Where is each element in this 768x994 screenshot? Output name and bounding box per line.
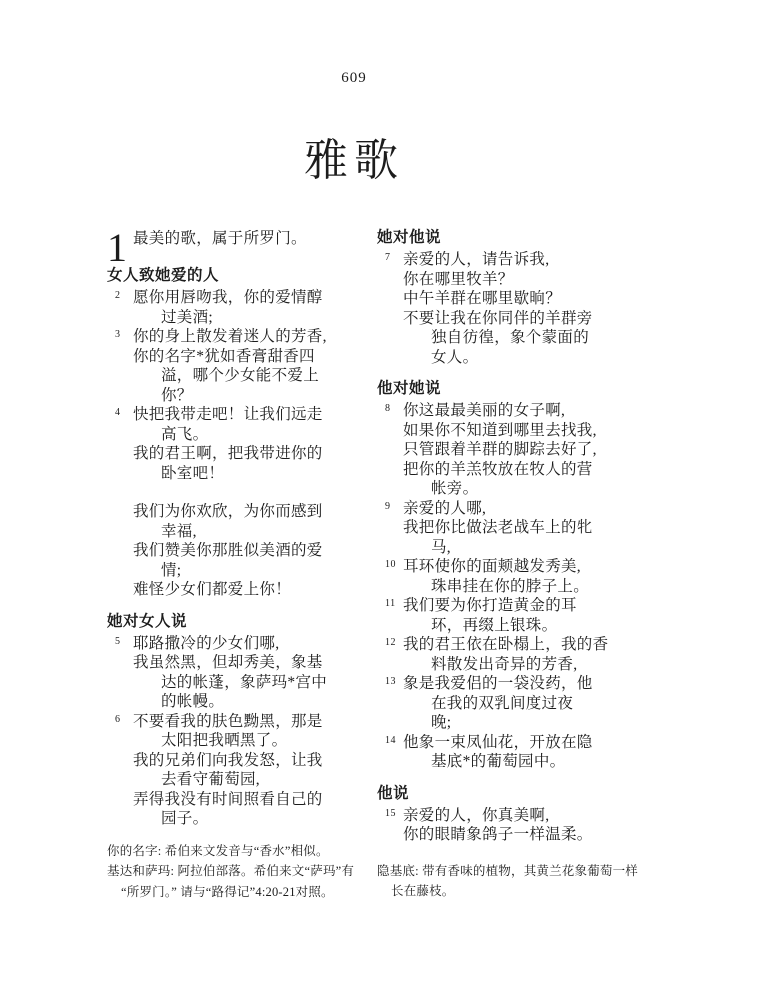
verse-line: 我的君王啊，把我带进你的 [107,444,347,464]
column-blocks: 1最美的歌，属于所罗门。女人致她爱的人2愿你用唇吻我，你的爱情醇过美酒;3你的身… [107,228,347,829]
verse-line: 中午羊群在哪里歇晌？ [377,289,601,309]
section-heading: 她对他说 [377,228,601,248]
column-left: 1最美的歌，属于所罗门。女人致她爱的人2愿你用唇吻我，你的爱情醇过美酒;3你的身… [107,228,347,902]
verse: 2愿你用唇吻我，你的爱情醇过美酒; [107,288,347,327]
verse-line: 帐旁。 [377,479,601,499]
verse-line: 晚; [377,713,601,733]
verse-number: 8 [385,403,391,415]
section-heading: 他对她说 [377,379,601,399]
verse-line: 亲爱的人，请告诉我, [377,250,601,270]
verse-number: 14 [385,735,396,747]
verse-number: 4 [115,407,121,419]
verse-number: 2 [115,290,121,302]
bible-page: 609 雅歌 1最美的歌，属于所罗门。女人致她爱的人2愿你用唇吻我，你的爱情醇过… [0,0,768,994]
verse-line: 环，再缀上银珠。 [377,616,601,636]
verse-line: 耳环使你的面颊越发秀美, [377,557,601,577]
verse: 3你的身上散发着迷人的芳香,你的名字*犹如香膏甜香四溢，哪个少女能不爱上你？ [107,327,347,405]
verse-number: 12 [385,637,396,649]
verse-line: 我的君王依在卧榻上，我的香 [377,635,601,655]
verse-number: 11 [385,598,396,610]
footnote-line: 隐基底: 带有香味的植物，其黄兰花象葡萄一样 [377,861,601,882]
verse: 6不要看我的肤色黝黑，那是太阳把我晒黑了。我的兄弟们向我发怒，让我去看守葡萄园,… [107,712,347,829]
column-blocks: 她对他说7亲爱的人，请告诉我,你在哪里牧羊？中午羊群在哪里歇晌？不要让我在你同伴… [377,228,601,845]
verse: 9亲爱的人哪,我把你比做法老战车上的牝马, [377,499,601,558]
verse: 4快把我带走吧！让我们远走高飞。我的君王啊，把我带进你的卧室吧！ [107,405,347,483]
verse-number: 15 [385,808,396,820]
verse-line: 女人。 [377,348,601,368]
verse-number: 7 [385,252,391,264]
verse-line: 不要让我在你同伴的羊群旁 [377,309,601,329]
verse-line: 弄得我没有时间照看自己的 [107,790,347,810]
verse-line: 幸福, [107,522,347,542]
verse-line: 他象一束凤仙花，开放在隐 [377,733,601,753]
text-columns: 1最美的歌，属于所罗门。女人致她爱的人2愿你用唇吻我，你的爱情醇过美酒;3你的身… [107,228,601,902]
verse: 15亲爱的人，你真美啊,你的眼睛象鸽子一样温柔。 [377,806,601,845]
section-heading: 他说 [377,784,601,804]
verse: 12我的君王依在卧榻上，我的香料散发出奇异的芳香, [377,635,601,674]
verse-line: 亲爱的人哪, [377,499,601,519]
verse-line: 你的名字*犹如香膏甜香四 [107,347,347,367]
footnote: 你的名字: 希伯来文发音与“香水”相似。 [107,841,347,862]
verse-number: 9 [385,501,391,513]
verse-line: 你的身上散发着迷人的芳香, [107,327,347,347]
verse: 我们为你欢欣，为你而感到幸福,我们赞美你那胜似美酒的爱情;难怪少女们都爱上你！ [107,502,347,600]
verse-line: 的帐幔。 [107,692,347,712]
footnote-line: “所罗门。” 请与“路得记”4:20-21对照。 [107,882,347,903]
verse-line: 我的兄弟们向我发怒，让我 [107,751,347,771]
verse-number: 3 [115,329,121,341]
chapter-number: 1 [107,228,127,268]
verse: 5耶路撒冷的少女们哪,我虽然黑，但却秀美，象基达的帐蓬，象萨玛*宫中的帐幔。 [107,634,347,712]
verse-line: 溢，哪个少女能不爱上 [107,366,347,386]
verse-line: 我们要为你打造黄金的耳 [377,596,601,616]
chapter-opening-text: 最美的歌，属于所罗门。 [107,228,347,249]
verse-line: 快把我带走吧！让我们远走 [107,405,347,425]
verse-line: 耶路撒冷的少女们哪, [107,634,347,654]
verse-line: 卧室吧！ [107,464,347,484]
verse: 8你这最最美丽的女子啊,如果你不知道到哪里去找我,只管跟着羊群的脚踪去好了,把你… [377,401,601,499]
verse-line: 愿你用唇吻我，你的爱情醇 [107,288,347,308]
verse: 7亲爱的人，请告诉我,你在哪里牧羊？中午羊群在哪里歇晌？不要让我在你同伴的羊群旁… [377,250,601,367]
verse-line: 独自彷徨，象个蒙面的 [377,328,601,348]
stanza-spacer [107,483,347,502]
verse-line: 高飞。 [107,425,347,445]
verse-line: 把你的羊羔牧放在牧人的营 [377,460,601,480]
verse-line: 马, [377,538,601,558]
footnote-line: 你的名字: 希伯来文发音与“香水”相似。 [107,841,347,862]
verse-number: 13 [385,676,396,688]
verse-line: 园子。 [107,809,347,829]
verse-line: 你在哪里牧羊？ [377,270,601,290]
verse-line: 我们为你欢欣，为你而感到 [107,502,347,522]
verse-line: 你这最最美丽的女子啊, [377,401,601,421]
verse: 11我们要为你打造黄金的耳环，再缀上银珠。 [377,596,601,635]
verse-line: 珠串挂在你的脖子上。 [377,577,601,597]
verse: 14他象一束凤仙花，开放在隐基底*的葡萄园中。 [377,733,601,772]
verse-line: 亲爱的人，你真美啊, [377,806,601,826]
verse-line: 难怪少女们都爱上你！ [107,580,347,600]
column-footnotes: 你的名字: 希伯来文发音与“香水”相似。基达和萨玛: 阿拉伯部落。希伯来文“萨玛… [107,841,347,903]
verse-line: 不要看我的肤色黝黑，那是 [107,712,347,732]
verse-line: 我们赞美你那胜似美酒的爱 [107,541,347,561]
verse: 13象是我爱侣的一袋没药，他在我的双乳间度过夜晚; [377,674,601,733]
footnote-line: 基达和萨玛: 阿拉伯部落。希伯来文“萨玛”有 [107,861,347,882]
verse-line: 我虽然黑，但却秀美，象基 [107,653,347,673]
column-right: 她对他说7亲爱的人，请告诉我,你在哪里牧羊？中午羊群在哪里歇晌？不要让我在你同伴… [377,228,601,902]
book-title: 雅歌 [107,138,601,184]
verse-number: 10 [385,559,396,571]
verse-line: 象是我爱侣的一袋没药，他 [377,674,601,694]
verse-line: 你的眼睛象鸽子一样温柔。 [377,825,601,845]
chapter-opening: 1最美的歌，属于所罗门。 [107,228,347,266]
page-content: 609 雅歌 1最美的歌，属于所罗门。女人致她爱的人2愿你用唇吻我，你的爱情醇过… [107,0,601,902]
verse-number: 6 [115,714,121,726]
footnote-line: 长在藤枝。 [377,881,601,902]
verse-line: 过美酒; [107,308,347,328]
verse-line: 去看守葡萄园, [107,770,347,790]
verse-line: 我把你比做法老战车上的牝 [377,518,601,538]
column-footnotes: 隐基底: 带有香味的植物，其黄兰花象葡萄一样长在藤枝。 [377,861,601,902]
section-heading: 女人致她爱的人 [107,266,347,286]
verse-line: 料散发出奇异的芳香, [377,655,601,675]
footnote: 基达和萨玛: 阿拉伯部落。希伯来文“萨玛”有“所罗门。” 请与“路得记”4:20… [107,861,347,902]
verse-line: 只管跟着羊群的脚踪去好了, [377,440,601,460]
verse-line: 你？ [107,386,347,406]
page-number: 609 [107,0,601,86]
verse-line: 基底*的葡萄园中。 [377,752,601,772]
verse-line: 情; [107,561,347,581]
footnote: 隐基底: 带有香味的植物，其黄兰花象葡萄一样长在藤枝。 [377,861,601,902]
verse-number: 5 [115,636,121,648]
verse-line: 在我的双乳间度过夜 [377,694,601,714]
verse-line: 如果你不知道到哪里去找我, [377,421,601,441]
verse-line: 达的帐蓬，象萨玛*宫中 [107,673,347,693]
verse-line: 太阳把我晒黑了。 [107,731,347,751]
section-heading: 她对女人说 [107,612,347,632]
verse: 10耳环使你的面颊越发秀美,珠串挂在你的脖子上。 [377,557,601,596]
